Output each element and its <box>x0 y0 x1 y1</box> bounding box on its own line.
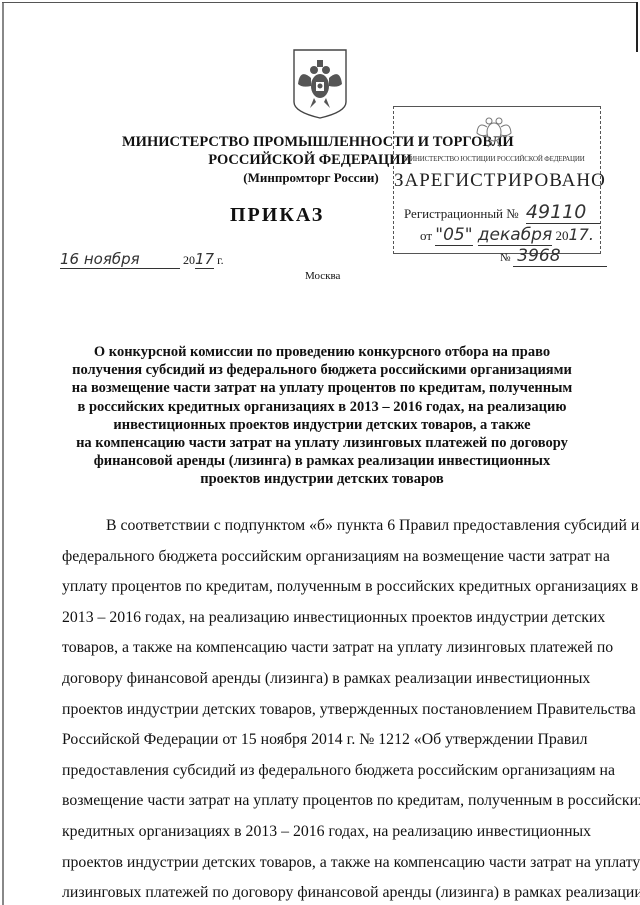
registration-stamp: МИНИСТЕРСТВО ЮСТИЦИИ РОССИЙСКОЙ ФЕДЕРАЦИ… <box>393 106 601 254</box>
subject-line: проектов индустрии детских товаров <box>62 470 582 488</box>
subject-line: инвестиционных проектов индустрии детски… <box>62 416 582 434</box>
registration-date-row: от "05" декабря 2017. <box>420 225 594 245</box>
subject-line: финансовой аренды (лизинга) в рамках реа… <box>62 452 582 470</box>
body-line: федерального бюджета российским организа… <box>62 542 585 573</box>
scan-edge-top <box>2 2 638 3</box>
registration-number: 49110 <box>526 201 600 224</box>
body-paragraph: В соответствии с подпунктом «б» пункта 6… <box>62 511 585 905</box>
body-line: проектов индустрии детских товаров, утве… <box>62 695 585 726</box>
coat-of-arms-icon <box>292 48 348 122</box>
registration-date-prefix: от <box>420 228 432 243</box>
subject-line: на возмещение части затрат на уплату про… <box>62 379 582 397</box>
registration-date-day: "05" <box>435 225 472 246</box>
body-line: предоставления субсидий из федерального … <box>62 756 585 787</box>
body-line: В соответствии с подпунктом «б» пункта 6… <box>62 511 585 542</box>
subject-line: в российских кредитных организациях в 20… <box>62 398 582 416</box>
stamp-status: ЗАРЕГИСТРИРОВАНО <box>394 170 600 192</box>
body-line: договору финансовой аренды (лизинга) в р… <box>62 664 585 695</box>
stamp-ministry-name: МИНИСТЕРСТВО ЮСТИЦИИ РОССИЙСКОЙ ФЕДЕРАЦИ… <box>404 155 600 163</box>
order-date-year-prefix: 20 <box>183 253 195 267</box>
document-type-title: ПРИКАЗ <box>230 204 380 227</box>
subject-line: О конкурсной комиссии по проведению конк… <box>62 343 582 361</box>
order-date: 16 ноября 2017 г. <box>60 250 224 269</box>
order-number-label: № <box>500 252 511 264</box>
ministry-header: МИНИСТЕРСТВО ПРОМЫШЛЕННОСТИ И ТОРГОВЛИ Р… <box>130 133 430 187</box>
registration-date-year-prefix: 20 <box>555 228 568 243</box>
subject-line: получения субсидий из федерального бюдже… <box>62 361 582 379</box>
body-line: кредитных организациях в 2013 – 2016 год… <box>62 817 585 848</box>
body-line: проектов индустрии детских товаров, а та… <box>62 848 585 879</box>
body-line: товаров, а также на компенсацию части за… <box>62 633 585 664</box>
stamp-coat-of-arms-icon <box>474 113 514 149</box>
ministry-line-1: МИНИСТЕРСТВО ПРОМЫШЛЕННОСТИ И ТОРГОВЛИ <box>122 133 430 151</box>
scan-edge-right <box>636 2 638 52</box>
city: Москва <box>305 270 340 282</box>
registration-date-year-suffix: 17. <box>568 225 593 244</box>
ministry-line-2: РОССИЙСКОЙ ФЕДЕРАЦИИ <box>130 151 430 169</box>
order-date-year-label: г. <box>217 253 224 267</box>
scan-edge-left <box>2 2 4 905</box>
body-line: 2013 – 2016 годах, на реализацию инвести… <box>62 603 585 634</box>
order-number: № 3968 <box>500 246 607 267</box>
order-subject: О конкурсной комиссии по проведению конк… <box>62 343 582 489</box>
registration-number-row: Регистрационный № 49110 <box>404 201 600 224</box>
registration-number-label: Регистрационный № <box>404 206 519 221</box>
registration-date-month: декабря <box>478 225 552 246</box>
body-line: возмещение части затрат на уплату процен… <box>62 786 585 817</box>
body-line: Российской Федерации от 15 ноября 2014 г… <box>62 725 585 756</box>
body-line: лизинговых платежей по договору финансов… <box>62 878 585 905</box>
body-line: уплату процентов по кредитам, полученным… <box>62 572 585 603</box>
subject-line: на компенсацию части затрат на уплату ли… <box>62 434 582 452</box>
order-number-value: 3968 <box>513 246 607 267</box>
order-date-day-month: 16 ноября <box>60 250 180 269</box>
order-date-year-suffix: 17 <box>195 250 214 269</box>
ministry-short-name: (Минпромторг России) <box>130 169 430 187</box>
